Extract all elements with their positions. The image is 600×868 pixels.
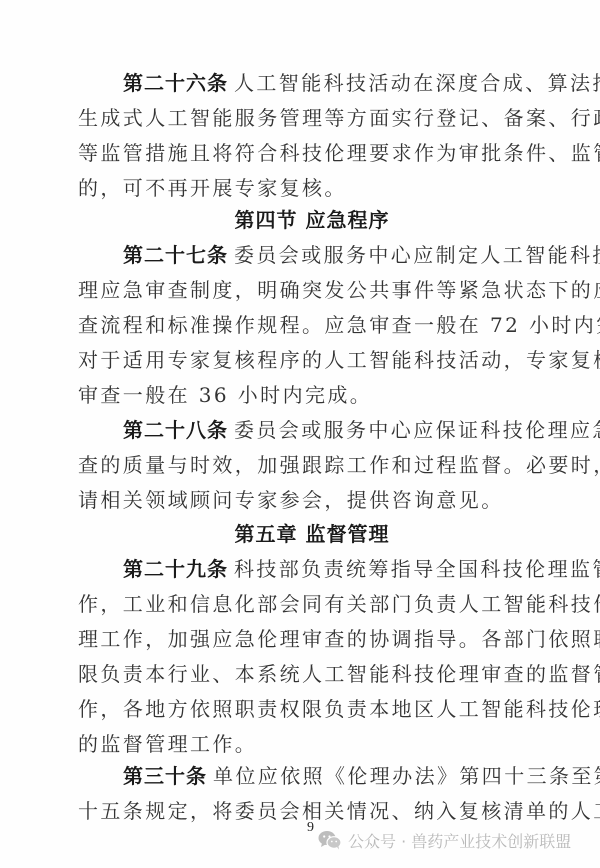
- article-29-line-5: 作，各地方依照职责权限负责本地区人工智能科技伦理审查: [78, 695, 554, 723]
- section-heading: 第四节 应急程序: [0, 206, 600, 234]
- article-26-line-4: 的，可不再开展专家复核。: [78, 174, 554, 202]
- article-27-line-2: 理应急审查制度，明确突发公共事件等紧急状态下的应急审: [78, 276, 554, 304]
- article-number: 第三十条: [123, 764, 207, 788]
- article-29-line-3: 理工作，加强应急伦理审查的协调指导。各部门依照职责权: [78, 625, 554, 653]
- watermark-text: 公众号 · 兽药产业技术创新联盟: [348, 829, 571, 852]
- article-number: 第二十六条: [123, 71, 228, 95]
- article-28-line-3: 请相关领域顾问专家参会，提供咨询意见。: [78, 486, 554, 514]
- watermark: 公众号 · 兽药产业技术创新联盟: [318, 828, 571, 852]
- article-26-line-3: 等监管措施且将符合科技伦理要求作为审批条件、监管内容: [78, 139, 554, 167]
- article-number: 第二十七条: [123, 243, 228, 267]
- article-29-line-4: 限负责本行业、本系统人工智能科技伦理审查的监督管理工: [78, 660, 554, 688]
- wechat-icon: [318, 830, 342, 850]
- article-number: 第二十九条: [123, 557, 228, 581]
- article-30-line-2: 十五条规定，将委员会相关情况、纳入复核清单的人工智能: [78, 797, 554, 825]
- page-number: 9: [307, 820, 314, 836]
- article-29-line-1: 第二十九条科技部负责统筹指导全国科技伦理监管工: [123, 555, 554, 583]
- article-30-line-1: 第三十条单位应依照《伦理办法》第四十三条至第四: [123, 762, 554, 790]
- article-28-line-2: 查的质量与时效，加强跟踪工作和过程监督。必要时，可邀: [78, 451, 554, 479]
- article-27-line-4: 对于适用专家复核程序的人工智能科技活动，专家复核前的: [78, 346, 554, 374]
- article-29-line-6: 的监督管理工作。: [78, 730, 554, 758]
- chapter-heading: 第五章 监督管理: [0, 520, 600, 548]
- article-26-line-1: 第二十六条人工智能科技活动在深度合成、算法推荐、: [123, 69, 554, 97]
- article-29-line-2: 作，工业和信息化部会同有关部门负责人工智能科技伦理治: [78, 590, 554, 618]
- article-27-line-1: 第二十七条委员会或服务中心应制定人工智能科技伦: [123, 241, 554, 269]
- article-28-line-1: 第二十八条委员会或服务中心应保证科技伦理应急审: [123, 416, 554, 444]
- article-27-line-5: 审查一般在 36 小时内完成。: [78, 381, 554, 409]
- article-26-line-2: 生成式人工智能服务管理等方面实行登记、备案、行政审批: [78, 104, 554, 132]
- article-27-line-3: 查流程和标准操作规程。应急审查一般在 72 小时内完成。: [78, 311, 554, 339]
- document-page: 第二十六条人工智能科技活动在深度合成、算法推荐、 生成式人工智能服务管理等方面实…: [0, 0, 600, 868]
- article-number: 第二十八条: [123, 418, 228, 442]
